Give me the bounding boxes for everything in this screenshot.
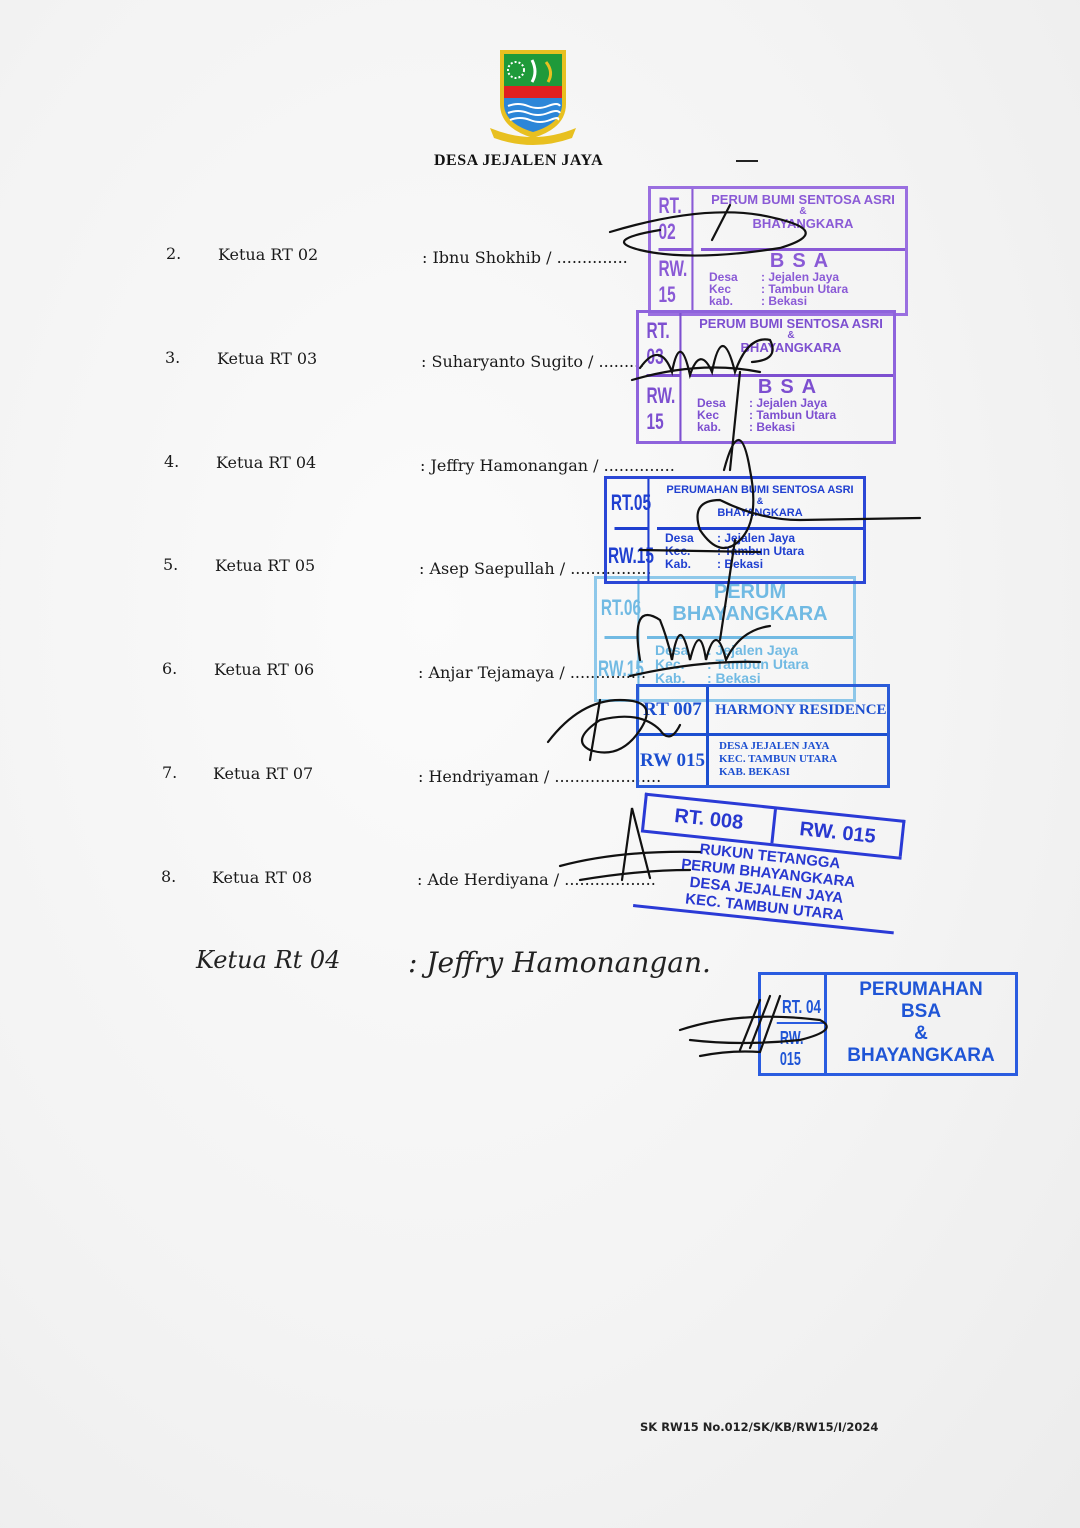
signature-strokes xyxy=(0,0,1080,1528)
document-reference-number: SK RW15 No.012/SK/KB/RW15/I/2024 xyxy=(640,1420,878,1434)
